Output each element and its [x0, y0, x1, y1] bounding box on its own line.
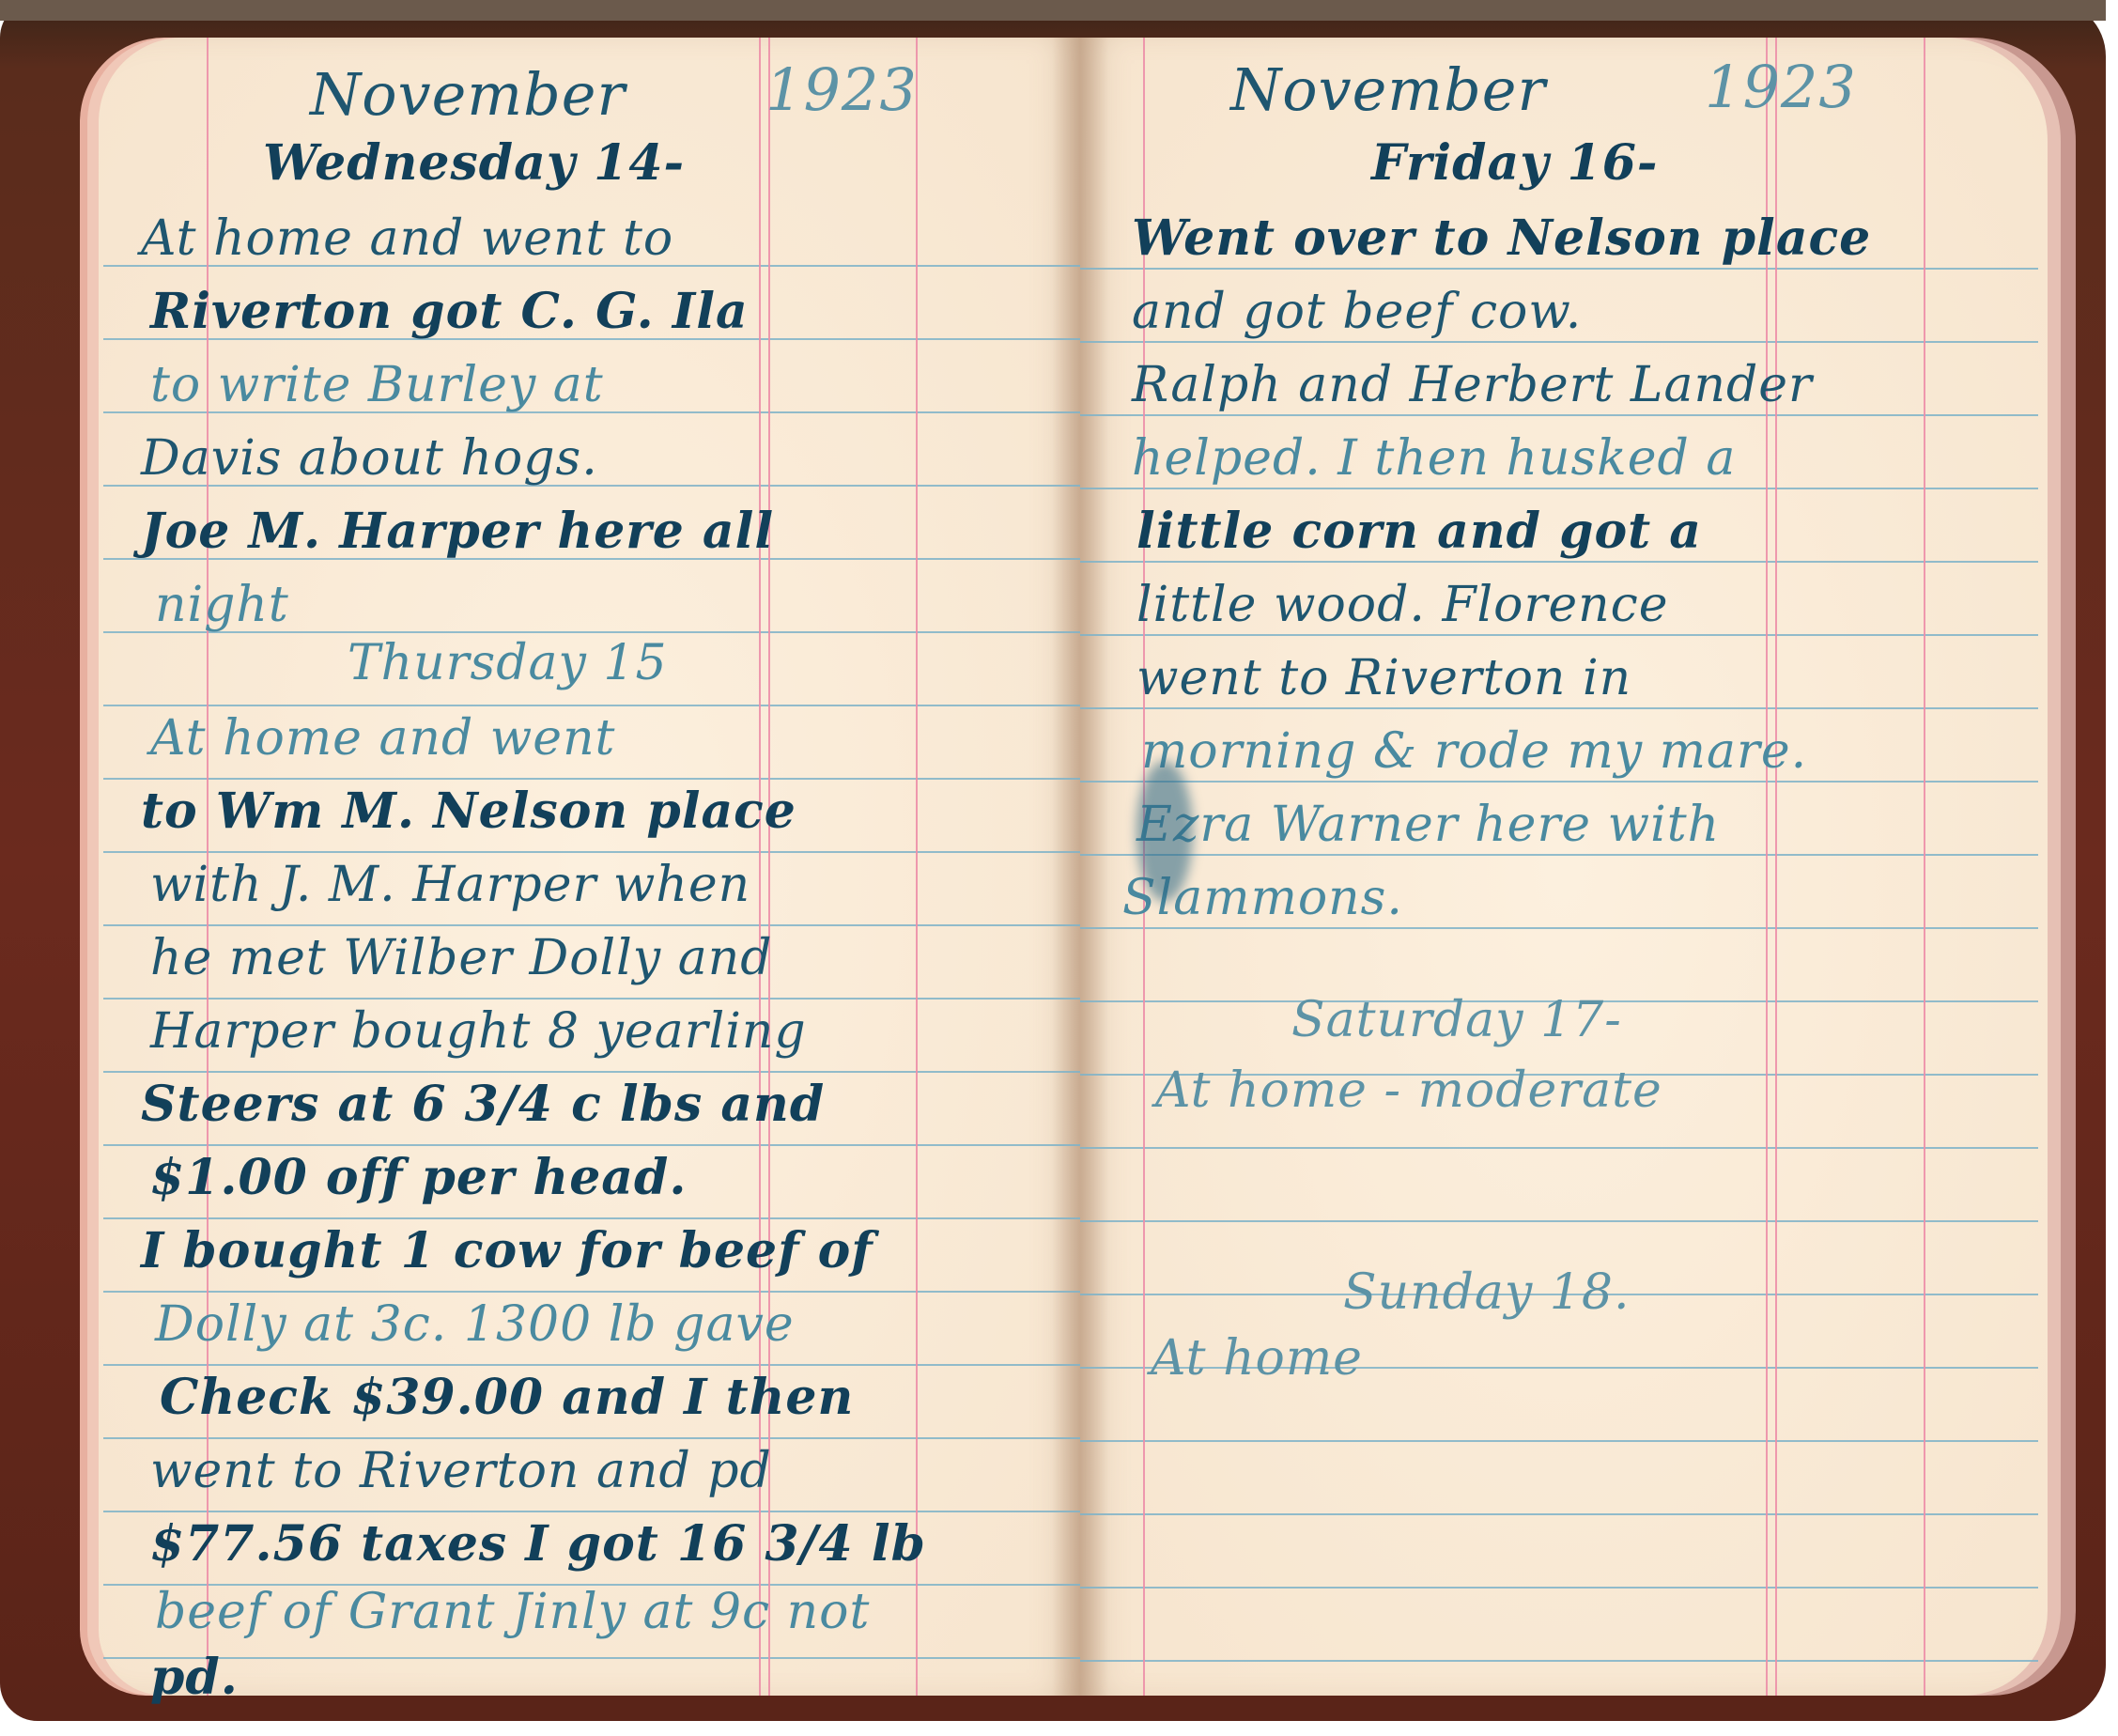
entry-line: Riverton got C. G. Ila: [150, 287, 749, 336]
entry-line: Ezra Warner here with: [1136, 800, 1720, 849]
left-day-heading-wednesday: Wednesday 14-: [263, 139, 685, 188]
ruled-line: [1080, 707, 2038, 709]
ruled-line: [1080, 927, 2038, 929]
entry-line: Check $39.00 and I then: [160, 1373, 854, 1422]
ruled-line: [1080, 414, 2038, 416]
left-year-header: 1923: [765, 61, 918, 119]
ruled-line: [103, 705, 1080, 706]
ruled-line: [103, 851, 1080, 853]
right-column-rule-b: [1775, 38, 1777, 1696]
ruled-line: [103, 998, 1080, 1000]
entry-line: I bought 1 cow for beef of: [141, 1227, 873, 1276]
right-column-rule-c: [1924, 38, 1925, 1696]
entry-line: Davis about hogs.: [141, 434, 598, 483]
ruled-line: [103, 1657, 1080, 1659]
entry-line: night: [155, 581, 289, 629]
entry-line: $77.56 taxes I got 16 3/4 lb: [150, 1520, 926, 1569]
cover-top-edge: [0, 0, 2106, 21]
right-day-heading-friday: Friday 16-: [1371, 139, 1658, 188]
entry-line: and got beef cow.: [1132, 287, 1582, 336]
entry-line: $1.00 off per head.: [150, 1154, 687, 1202]
ruled-line: [1080, 1220, 2038, 1222]
entry-line: went to Riverton in: [1136, 654, 1631, 703]
ruled-line: [103, 1364, 1080, 1366]
ruled-line: [103, 1071, 1080, 1073]
ruled-line: [103, 778, 1080, 780]
entry-line: At home and went to: [141, 214, 673, 263]
entry-line: little corn and got a: [1136, 507, 1702, 556]
right-day-heading-saturday: Saturday 17-: [1291, 996, 1622, 1045]
ruled-line: [1080, 1147, 2038, 1149]
ruled-line: [1080, 781, 2038, 783]
entry-line: he met Wilber Dolly and: [150, 934, 773, 983]
entry-line: Went over to Nelson place: [1132, 214, 1871, 263]
ruled-line: [103, 1511, 1080, 1512]
book-spine-gutter: [1052, 38, 1108, 1696]
entry-line: helped. I then husked a: [1132, 434, 1736, 483]
ruled-line: [103, 1291, 1080, 1293]
ruled-line: [1080, 634, 2038, 636]
right-column-rule-a: [1766, 38, 1768, 1696]
entry-line: little wood. Florence: [1136, 581, 1669, 629]
ruled-line: [1080, 1660, 2038, 1662]
entry-line: At home - moderate: [1155, 1066, 1662, 1115]
right-year-header: 1923: [1705, 58, 1857, 116]
ruled-line: [103, 924, 1080, 926]
right-month-header: November: [1230, 61, 1546, 119]
left-column-rule-c: [916, 38, 918, 1696]
entry-line: with J. M. Harper when: [150, 860, 750, 909]
ruled-line: [1080, 854, 2038, 856]
ruled-line: [1080, 268, 2038, 270]
entry-line: Ralph and Herbert Lander: [1132, 361, 1813, 410]
entry-line: went to Riverton and pd: [150, 1447, 772, 1496]
entry-line: to write Burley at: [150, 361, 604, 410]
entry-line: morning & rode my mare.: [1141, 727, 1807, 776]
ruled-line: [103, 1144, 1080, 1146]
ink-smudge: [1136, 761, 1193, 902]
left-month-header: November: [310, 66, 626, 124]
ruled-line: [1080, 488, 2038, 489]
entry-line: Harper bought 8 yearling: [150, 1007, 807, 1056]
ruled-line: [1080, 1587, 2038, 1589]
ruled-line: [1080, 561, 2038, 563]
entry-line: pd.: [150, 1653, 239, 1702]
entry-line: beef of Grant Jinly at 9c not: [155, 1588, 870, 1636]
ruled-line: [1080, 1440, 2038, 1442]
right-day-heading-sunday: Sunday 18.: [1343, 1268, 1631, 1317]
entry-line: At home: [1151, 1334, 1363, 1383]
entry-line: Steers at 6 3/4 c lbs and: [141, 1080, 825, 1129]
entry-line: Joe M. Harper here all: [141, 507, 774, 556]
ruled-line: [1080, 1513, 2038, 1515]
ruled-line: [103, 1437, 1080, 1439]
entry-line: At home and went: [150, 714, 615, 763]
ruled-line: [1080, 341, 2038, 343]
left-day-heading-thursday: Thursday 15: [348, 639, 668, 688]
ruled-line: [103, 1217, 1080, 1219]
entry-line: Dolly at 3c. 1300 lb gave: [155, 1300, 795, 1349]
entry-line: to Wm M. Nelson place: [141, 787, 796, 836]
